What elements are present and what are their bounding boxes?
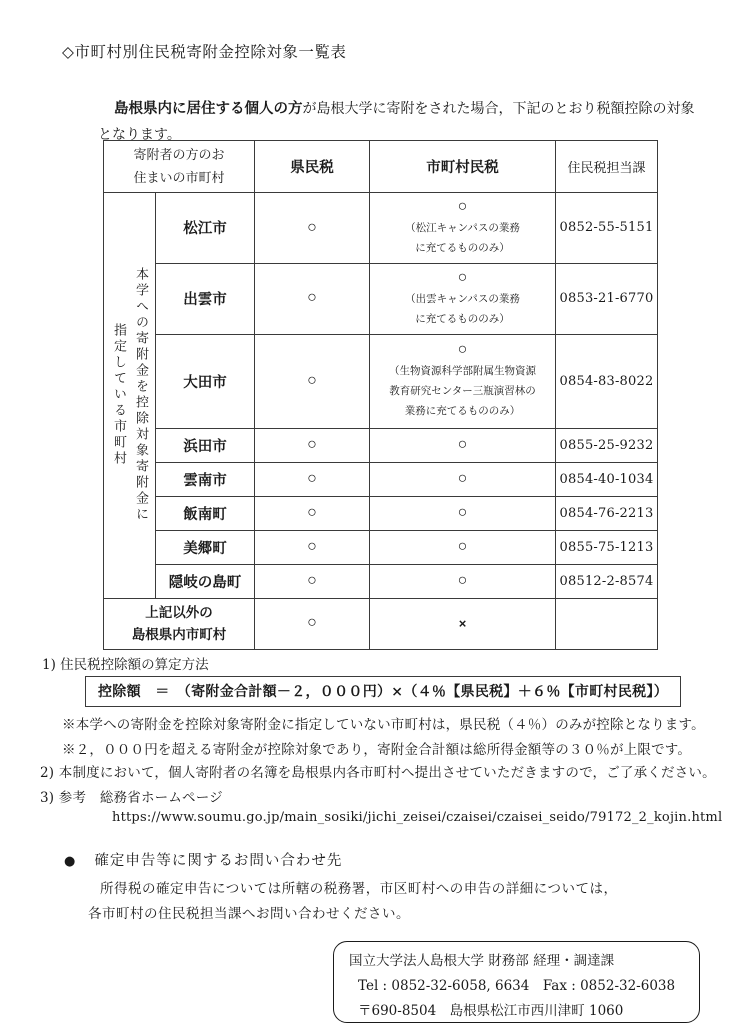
table-row-okinoshima: 隠岐の島町 ○ ○ 08512-2-8574 [104,564,658,598]
contact-tel-fax: Tel : 0852-32-6058, 6634 Fax : 0852-32-6… [349,974,699,999]
muni-mark-cell: ○ [370,462,556,496]
intro-rest-text: が島根大学に寄附をされた場合，下記のとおり税額控除の対象 [303,101,695,117]
muni-note-line: に充てるもののみ） [370,238,555,258]
phone-cell: 0853-21-6770 [556,263,658,334]
muni-mark-cell: ○ [370,564,556,598]
municipal-tax-header: 市町村民税 [370,141,556,193]
muni-mark: ○ [370,340,555,361]
pref-mark-cell: ○ [255,462,370,496]
muni-note-line: （生物資源科学部附属生物資源 [370,361,555,381]
muni-note-line: （松江キャンパスの業務 [370,218,555,238]
muni-mark-cell: ○ （松江キャンパスの業務 に充てるもののみ） [370,193,556,264]
pref-mark-cell: ○ [255,564,370,598]
table-row-iinan: 飯南町 ○ ○ 0854-76-2213 [104,496,658,530]
municipality-cell: 雲南市 [156,462,255,496]
pref-mark-cell: ○ [255,530,370,564]
donor-header-cell: 寄附者の方のお 住まいの市町村 [104,141,255,193]
municipality-cell: 浜田市 [156,428,255,462]
caution-line-2: ※２，０００円を超える寄附金が控除対象であり，寄附金合計額は総所得金額等の３０％… [62,738,691,758]
document-page: ◇市町村別住民税寄附金控除対象一覧表 島根県内に居住する個人の方が島根大学に寄附… [0,0,736,1036]
municipality-cell: 出雲市 [156,263,255,334]
phone-cell [556,598,658,649]
muni-mark-cell: × [370,598,556,649]
muni-note-line: 教育研究センター三瓶演習林の [370,381,555,401]
table-row-izumo: 出雲市 ○ ○ （出雲キャンパスの業務 に充てるもののみ） 0853-21-67… [104,263,658,334]
muni-mark: ○ [370,197,555,218]
bullet-icon: ● [64,854,76,869]
municipality-cell: 松江市 [156,193,255,264]
table-header-row: 寄附者の方のお 住まいの市町村 県民税 市町村民税 住民税担当課 [104,141,658,193]
side-label-cell: 本学への寄附金を控除対象寄附金に 指定している市町村 [104,193,156,599]
contact-address: 〒690-8504 島根県松江市西川津町 1060 [349,999,699,1024]
muni-mark-cell: ○ [370,428,556,462]
municipality-cell: 大田市 [156,334,255,428]
page-title: ◇市町村別住民税寄附金控除対象一覧表 [62,40,346,62]
phone-cell: 08512-2-8574 [556,564,658,598]
donor-header-line2: 住まいの市町村 [104,167,254,190]
muni-mark-cell: ○ （生物資源科学部附属生物資源 教育研究センター三瓶演習林の 業務に充てるもの… [370,334,556,428]
muni-note-line: （出雲キャンパスの業務 [370,289,555,309]
deduction-table: 寄附者の方のお 住まいの市町村 県民税 市町村民税 住民税担当課 本学への寄附金… [103,140,658,650]
donor-header-line1: 寄附者の方のお [104,144,254,167]
pref-mark-cell: ○ [255,496,370,530]
table-row-unnan: 雲南市 ○ ○ 0854-40-1034 [104,462,658,496]
other-name-line2: 島根県内市町村 [104,624,254,646]
phone-cell: 0854-76-2213 [556,496,658,530]
other-municipality-cell: 上記以外の 島根県内市町村 [104,598,255,649]
muni-mark-cell: ○ [370,496,556,530]
phone-cell: 0854-40-1034 [556,462,658,496]
inquiry-line-1: 所得税の確定申告については所轄の税務署，市区町村への申告の詳細については， [100,877,617,897]
other-name-line1: 上記以外の [104,602,254,624]
soumu-url-text: https://www.soumu.go.jp/main_sosiki/jich… [112,810,722,825]
phone-cell: 0852-55-5151 [556,193,658,264]
inquiry-heading-text: 確定申告等に関するお問い合わせ先 [94,853,342,869]
inquiry-heading: ●確定申告等に関するお問い合わせ先 [64,849,342,870]
tax-section-header: 住民税担当課 [556,141,658,193]
table-row-other: 上記以外の 島根県内市町村 ○ × [104,598,658,649]
muni-mark-cell: ○ [370,530,556,564]
table-row-matsue: 本学への寄附金を控除対象寄附金に 指定している市町村 松江市 ○ ○ （松江キャ… [104,193,658,264]
phone-cell: 0854-83-8022 [556,334,658,428]
contact-box: 国立大学法人島根大学 財務部 経理・調達課 Tel : 0852-32-6058… [333,941,700,1023]
note-item3: 3) 参考 総務省ホームページ [40,786,223,806]
deduction-formula-box: 控除額 ＝ （寄附金合計額－２，０００円）×（４％【県民税】＋６％【市町村民税】… [85,676,681,707]
pref-mark-cell: ○ [255,263,370,334]
table-row-hamada: 浜田市 ○ ○ 0855-25-9232 [104,428,658,462]
note-item2: 2) 本制度において，個人寄附者の名簿を島根県内各市町村へ提出させていただきます… [40,761,716,781]
intro-line-1: 島根県内に居住する個人の方が島根大学に寄附をされた場合，下記のとおり税額控除の対… [98,96,698,122]
note-item1-label: 1) 住民税控除額の算定方法 [42,653,209,673]
phone-cell: 0855-25-9232 [556,428,658,462]
pref-mark-cell: ○ [255,428,370,462]
muni-note-line: に充てるもののみ） [370,309,555,329]
side-label-part1: 本学への寄附金を控除対象寄附金に [131,267,150,523]
municipality-cell: 隠岐の島町 [156,564,255,598]
pref-mark-cell: ○ [255,334,370,428]
municipality-cell: 美郷町 [156,530,255,564]
pref-mark-cell: ○ [255,193,370,264]
pref-mark-cell: ○ [255,598,370,649]
intro-bold-text: 島根県内に居住する個人の方 [114,101,303,117]
inquiry-line-2: 各市町村の住民税担当課へお問い合わせください。 [88,902,410,922]
phone-cell: 0855-75-1213 [556,530,658,564]
table-row-ohda: 大田市 ○ ○ （生物資源科学部附属生物資源 教育研究センター三瓶演習林の 業務… [104,334,658,428]
caution-line-1: ※本学への寄附金を控除対象寄附金に指定していない市町村は，県民税（４％）のみが控… [62,713,705,733]
muni-mark-cell: ○ （出雲キャンパスの業務 に充てるもののみ） [370,263,556,334]
contact-org: 国立大学法人島根大学 財務部 経理・調達課 [349,949,699,974]
prefectural-tax-header: 県民税 [255,141,370,193]
muni-note-line: 業務に充てるもののみ） [370,401,555,421]
side-label-part2: 指定している市町村 [109,323,128,467]
municipality-cell: 飯南町 [156,496,255,530]
table-row-misato: 美郷町 ○ ○ 0855-75-1213 [104,530,658,564]
muni-mark: ○ [370,268,555,289]
